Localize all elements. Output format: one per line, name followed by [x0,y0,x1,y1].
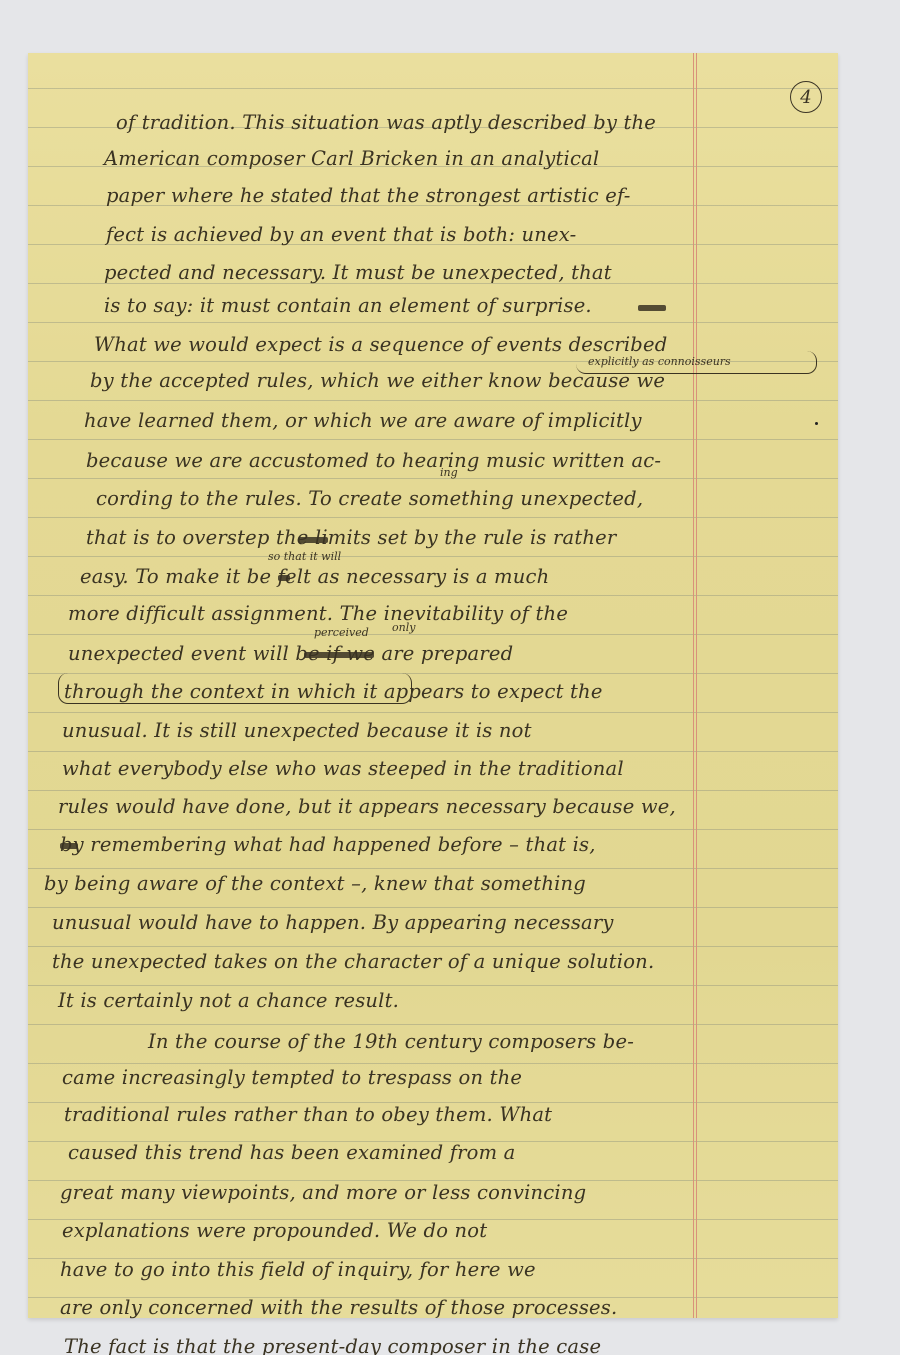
strikethrough [298,537,328,543]
legal-pad-page: 4 of tradition. This situation was aptly… [28,53,838,1318]
insertion-so-that-it-will: so that it will [268,550,341,563]
text-line: cording to the rules. To create somethin… [96,487,643,510]
text-line: by remembering what had happened before … [60,833,596,856]
text-line: unusual would have to happen. By appeari… [52,911,614,934]
ruled-line [28,790,838,791]
text-line: by being aware of the context –, knew th… [44,872,586,895]
ruled-line [28,88,838,89]
ruled-line [28,985,838,986]
ruled-line [28,517,838,518]
text-line: fect is achieved by an event that is bot… [106,223,576,246]
ruled-line [28,322,838,323]
margin-line [696,53,697,1318]
text-line: unusual. It is still unexpected because … [62,719,532,742]
ruled-line [28,712,838,713]
text-line: of tradition. This situation was aptly d… [116,111,656,134]
ruled-line [28,829,838,830]
ruled-line [28,907,838,908]
insertion-ing: ing [440,466,458,479]
text-line: the unexpected takes on the character of… [52,950,654,973]
text-line: because we are accustomed to hearing mus… [86,449,661,472]
ruled-line [28,439,838,440]
ruled-line [28,595,838,596]
text-line: pected and necessary. It must be unexpec… [104,261,612,284]
text-line: is to say: it must contain an element of… [104,294,592,317]
text-line: paper where he stated that the strongest… [106,184,631,207]
insertion-only: only [392,621,415,634]
ruled-line [28,634,838,635]
strikethrough [638,305,666,311]
text-line: rules would have done, but it appears ne… [58,795,676,818]
text-line: In the course of the 19th century compos… [148,1030,634,1053]
ruled-line [28,400,838,401]
ruled-line [28,1063,838,1064]
ruled-line [28,946,838,947]
text-line: great many viewpoints, and more or less … [60,1181,586,1204]
strikethrough [60,843,78,849]
ruled-line [28,478,838,479]
text-line: what everybody else who was steeped in t… [62,757,624,780]
text-line: came increasingly tempted to trespass on… [62,1066,522,1089]
text-line: caused this trend has been examined from… [68,1141,515,1164]
text-line: by the accepted rules, which we either k… [90,369,665,392]
margin-line [693,53,694,1318]
text-line: that is to overstep the limits set by th… [86,526,616,549]
insertion-bracket [576,351,817,374]
text-line: have to go into this field of inquiry, f… [60,1258,536,1281]
ruled-line [28,751,838,752]
ruled-line [28,1024,838,1025]
ruled-line [28,556,838,557]
text-line: traditional rules rather than to obey th… [64,1103,552,1126]
text-line: unexpected event will be if we are prepa… [68,642,513,665]
text-line: easy. To make it be felt as necessary is… [80,565,549,588]
strikethrough [278,575,290,581]
text-line: explanations were propounded. We do not [62,1219,487,1242]
text-line: more difficult assignment. The inevitabi… [68,602,568,625]
ink-dot [815,422,818,425]
page-number: 4 [790,81,822,113]
strikethrough [304,652,374,658]
text-line: have learned them, or which we are aware… [84,409,642,432]
text-line: are only concerned with the results of t… [60,1296,617,1319]
ruled-line [28,868,838,869]
insertion-perceived: perceived [314,626,369,639]
text-line: It is certainly not a chance result. [58,989,399,1012]
insertion-bracket [58,673,412,704]
text-line: The fact is that the present-day compose… [64,1335,601,1355]
text-line: American composer Carl Bricken in an ana… [104,147,599,170]
